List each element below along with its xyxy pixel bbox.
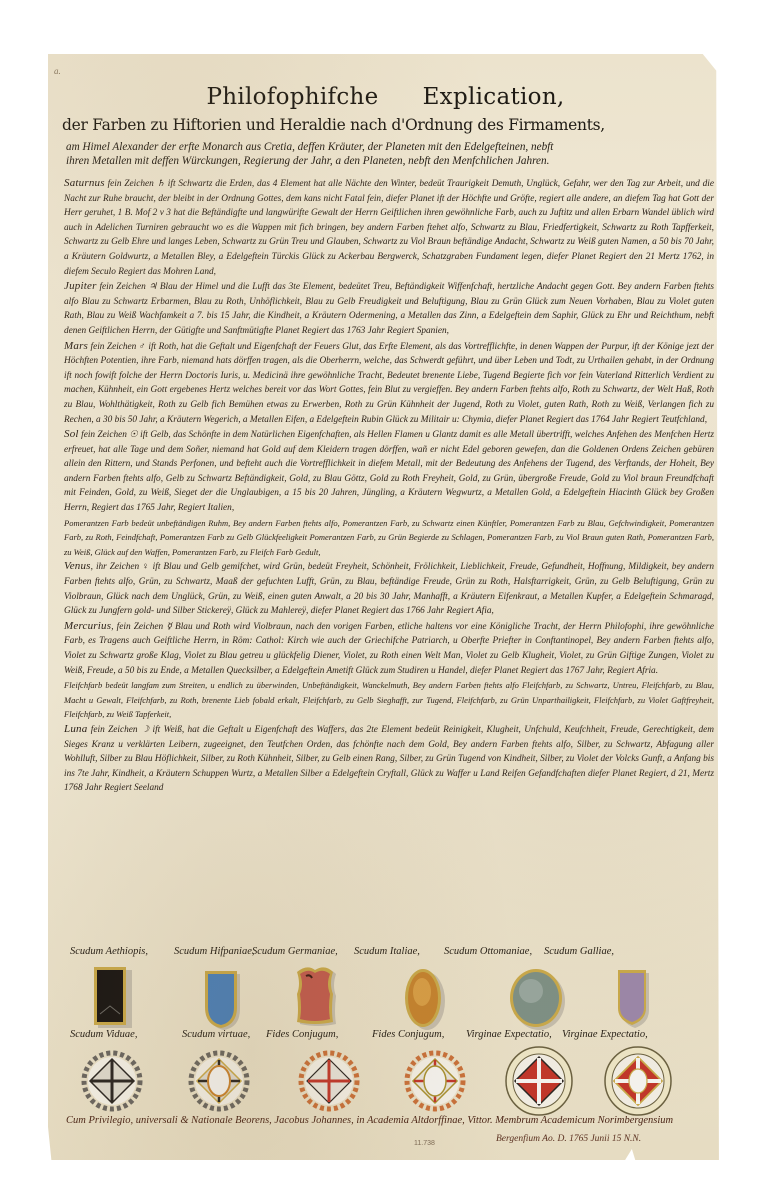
inventory-number: 11.738 <box>414 1140 435 1147</box>
medallion-label: Scudum virtuae, <box>182 1029 250 1040</box>
medallion-label: Virginae Expectatio, <box>562 1029 648 1040</box>
planet-name: Venus <box>64 560 91 572</box>
paragraph-fleischfarb: Fleifchfarb bedeüt langfam zum Streiten,… <box>64 678 714 722</box>
planet-name: Sol <box>64 428 79 440</box>
manuscript-sheet: a. PhilofophifcheExplication, der Farben… <box>48 54 723 1160</box>
paragraph-mars: Mars fein Zeichen ♂ ift Roth, hat die Ge… <box>64 339 714 428</box>
paragraph-venus: Venus, ihr Zeichen ♀ ift Blau und Gelb g… <box>64 559 714 618</box>
paragraph-text: fein Zeichen ♂ ift Roth, hat die Geftalt… <box>64 342 714 425</box>
shield-label: Scudum Italiae, <box>354 946 420 957</box>
paragraph-mercurius: Mercurius, fein Zeichen ☿ Blau und Roth … <box>64 619 714 678</box>
shield-ottomaniae-icon <box>507 966 567 1032</box>
footer-line-1: Cum Privilegio, universali & Nationale B… <box>34 1115 673 1126</box>
paragraph-text: , fein Zeichen ☿ Blau und Roth wird Viol… <box>64 622 714 676</box>
shield-italiae-icon <box>403 966 447 1032</box>
medallion-fides-2-icon <box>404 1050 466 1112</box>
intro-line-1: am Himel Alexander der erfte Monarch aus… <box>66 140 716 154</box>
medallion-fides-1-icon <box>298 1050 360 1112</box>
planet-name: Jupiter <box>64 280 97 292</box>
shield-galliae-icon <box>616 968 652 1030</box>
medallion-label: Fides Conjugum, <box>372 1029 444 1040</box>
planet-name: Mercurius <box>64 620 111 632</box>
intro-line-2: ihren Metallen mit deffen Würckungen, Re… <box>66 154 716 168</box>
shield-germaniae-icon <box>294 966 340 1030</box>
title-word-1: Philofophifche <box>206 84 378 110</box>
paragraph-text: fein Zeichen ☉ ift Gelb, das Schönfte in… <box>64 430 714 513</box>
paragraph-text: Fleifchfarb bedeüt langfam zum Streiten,… <box>64 680 714 719</box>
medallion-virginae-2-icon <box>603 1045 673 1117</box>
medallion-label: Scudum Viduae, <box>70 1029 137 1040</box>
paragraph-sol: Sol fein Zeichen ☉ ift Gelb, das Schönft… <box>64 427 714 516</box>
privilege-line: Cum Privilegio, universali & Nationale B… <box>34 1115 704 1126</box>
shield-label: Scudum Germaniae, <box>252 946 338 957</box>
paragraph-saturnus: Saturnus fein Zeichen ♄ ift Schwartz die… <box>64 176 714 279</box>
paragraph-text: fein Zeichen ♃ Blau der Himel und die Lu… <box>64 282 714 336</box>
paragraph-pomerantzen: Pomerantzen Farb bedeüt unbeftändigen Ru… <box>64 516 714 560</box>
medallion-label: Fides Conjugum, <box>266 1029 338 1040</box>
medallion-label: Virginae Expectatio, <box>466 1029 552 1040</box>
footer-line-2: Bergenfium Ao. D. 1765 Junii 15 N.N. <box>496 1134 641 1144</box>
document-intro: am Himel Alexander der erfte Monarch aus… <box>66 140 716 168</box>
document-subtitle: der Farben zu Hiftorien und Heraldie nac… <box>62 116 722 134</box>
medallion-viduae-icon <box>81 1050 143 1112</box>
planet-name: Mars <box>64 340 88 352</box>
shield-label: Scudum Ottomaniae, <box>444 946 532 957</box>
paragraph-text: Pomerantzen Farb bedeüt unbeftändigen Ru… <box>64 518 714 557</box>
shield-label: Scudum Hifpaniae, <box>174 946 255 957</box>
paragraph-luna: Luna fein Zeichen ☽ ift Weiß, hat die Ge… <box>64 722 714 796</box>
planet-name: Saturnus <box>64 177 105 189</box>
medallion-virtuae-icon <box>188 1050 250 1112</box>
planet-descriptions: Saturnus fein Zeichen ♄ ift Schwartz die… <box>64 176 714 796</box>
title-word-2: Explication, <box>423 84 565 110</box>
corner-mark: a. <box>54 66 61 76</box>
shield-hispaniae-icon <box>203 969 243 1033</box>
document-title: PhilofophifcheExplication, <box>48 84 723 110</box>
shield-label: Scudum Galliae, <box>544 946 614 957</box>
paragraph-text: , ihr Zeichen ♀ ift Blau und Gelb gemifc… <box>64 562 714 616</box>
medallion-virginae-1-icon <box>504 1045 574 1117</box>
paragraph-text: fein Zeichen ☽ ift Weiß, hat die Geftalt… <box>64 725 714 793</box>
paragraph-jupiter: Jupiter fein Zeichen ♃ Blau der Himel un… <box>64 279 714 338</box>
shield-aethiopis-icon <box>92 966 136 1032</box>
shield-label: Scudum Aethiopis, <box>70 946 148 957</box>
planet-name: Luna <box>64 723 87 735</box>
paragraph-text: fein Zeichen ♄ ift Schwartz die Erden, d… <box>64 179 714 277</box>
